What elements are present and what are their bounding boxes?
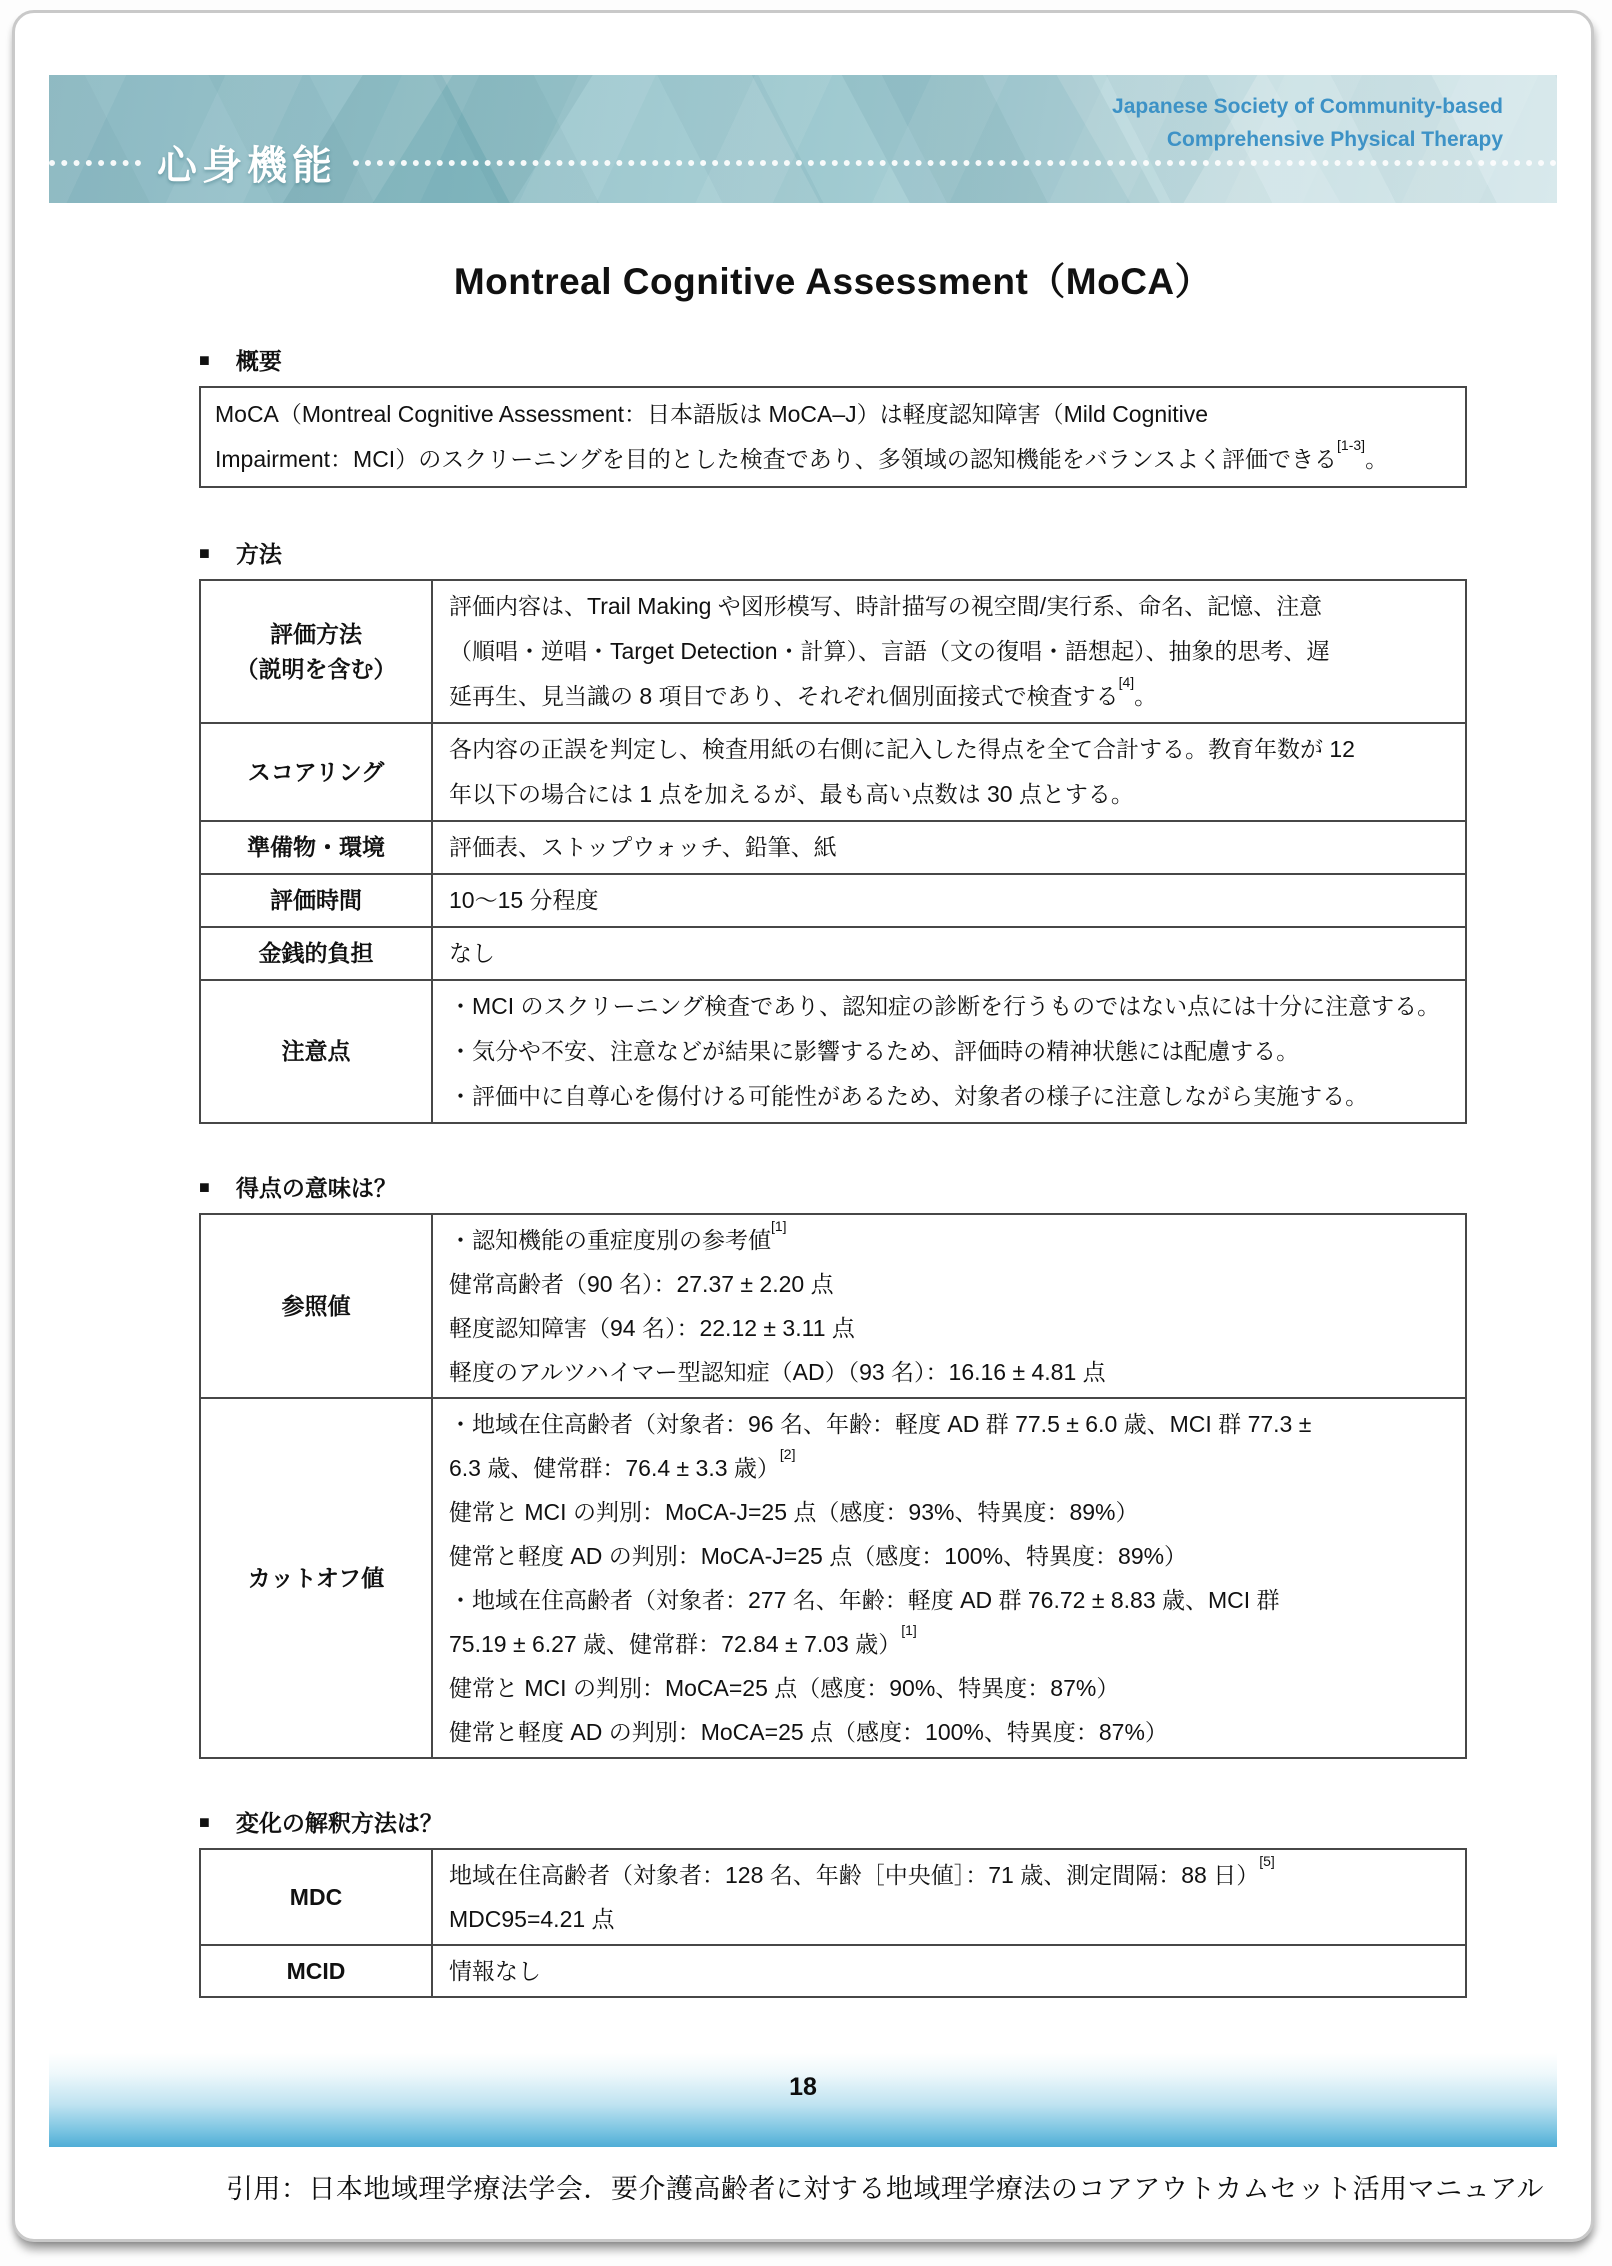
row-header-cell: 準備物・環境 bbox=[201, 822, 433, 873]
citation: 引用：日本地域理学療法学会．要介護高齢者に対する地域理学療法のコアアウトカムセッ… bbox=[215, 2167, 1555, 2206]
row-content-cell: 地域在住高齢者（対象者：128 名、年齢［中央値］：71 歳、測定間隔：88 日… bbox=[433, 1850, 1465, 1944]
score-table: 参照値 ・認知機能の重症度別の参考値[1]健常高齢者（90 名）：27.37 ±… bbox=[199, 1213, 1467, 1759]
row-header-cell: 参照値 bbox=[201, 1215, 433, 1397]
section-method: ■ 方法 評価方法 （説明を含む） 評価内容は、Trail Making や図形… bbox=[199, 536, 1467, 1124]
table-row: MCID 情報なし bbox=[201, 1944, 1465, 1996]
section-heading-label: 得点の意味は？ bbox=[236, 1170, 397, 1203]
row-content-cell: ・MCI のスクリーニング検査であり、認知症の診断を行うものではない点には十分に… bbox=[433, 981, 1465, 1122]
table-row: 金銭的負担 なし bbox=[201, 926, 1465, 979]
section-heading: ■ 方法 bbox=[199, 536, 1467, 569]
page-title: Montreal Cognitive Assessment（MoCA） bbox=[199, 251, 1467, 305]
row-content-cell: なし bbox=[433, 928, 1465, 979]
document-page: Japanese Society of Community-based Comp… bbox=[12, 10, 1594, 2242]
table-row: 注意点 ・MCI のスクリーニング検査であり、認知症の診断を行うものではない点に… bbox=[201, 979, 1465, 1122]
section-heading-label: 変化の解釈方法は？ bbox=[236, 1805, 443, 1838]
row-header-cell: カットオフ値 bbox=[201, 1399, 433, 1757]
method-table: 評価方法 （説明を含む） 評価内容は、Trail Making や図形模写、時計… bbox=[199, 579, 1467, 1124]
section-heading-label: 方法 bbox=[236, 536, 282, 569]
society-name-line1: Japanese Society of Community-based bbox=[1112, 91, 1503, 124]
row-header-cell: 評価方法 （説明を含む） bbox=[201, 581, 433, 722]
square-bullet-icon: ■ bbox=[199, 1178, 210, 1196]
row-content-cell: 評価内容は、Trail Making や図形模写、時計描写の視空間/実行系、命名… bbox=[433, 581, 1465, 722]
category-title-row: 心身機能 bbox=[49, 134, 1557, 191]
overview-text: MoCA（Montreal Cognitive Assessment：日本語版は… bbox=[215, 392, 1451, 482]
row-header-cell: MCID bbox=[201, 1946, 433, 1996]
table-row: 準備物・環境 評価表、ストップウォッチ、鉛筆、紙 bbox=[201, 820, 1465, 873]
section-heading: ■ 概要 bbox=[199, 343, 1467, 376]
row-content-cell: ・地域在住高齢者（対象者：96 名、年齢：軽度 AD 群 77.5 ± 6.0 … bbox=[433, 1399, 1465, 1757]
row-content-cell: 各内容の正誤を判定し、検査用紙の右側に記入した得点を全て合計する。教育年数が 1… bbox=[433, 724, 1465, 820]
row-header-cell: スコアリング bbox=[201, 724, 433, 820]
square-bullet-icon: ■ bbox=[199, 351, 210, 369]
page-header-band: Japanese Society of Community-based Comp… bbox=[49, 75, 1557, 203]
category-label: 心身機能 bbox=[157, 134, 337, 191]
section-score-meaning: ■ 得点の意味は？ 参照値 ・認知機能の重症度別の参考値[1]健常高齢者（90 … bbox=[199, 1170, 1467, 1759]
row-content-cell: ・認知機能の重症度別の参考値[1]健常高齢者（90 名）：27.37 ± 2.2… bbox=[433, 1215, 1465, 1397]
section-heading: ■ 得点の意味は？ bbox=[199, 1170, 1467, 1203]
section-change-interpretation: ■ 変化の解釈方法は？ MDC 地域在住高齢者（対象者：128 名、年齢［中央値… bbox=[199, 1805, 1467, 1998]
page-number: 18 bbox=[789, 2073, 817, 2147]
square-bullet-icon: ■ bbox=[199, 544, 210, 562]
row-header-cell: 金銭的負担 bbox=[201, 928, 433, 979]
row-header-cell: 注意点 bbox=[201, 981, 433, 1122]
square-bullet-icon: ■ bbox=[199, 1813, 210, 1831]
row-content-cell: 10～15 分程度 bbox=[433, 875, 1465, 926]
dotted-line-right bbox=[353, 160, 1557, 166]
table-row: MDC 地域在住高齢者（対象者：128 名、年齢［中央値］：71 歳、測定間隔：… bbox=[201, 1850, 1465, 1944]
section-heading: ■ 変化の解釈方法は？ bbox=[199, 1805, 1467, 1838]
table-row: カットオフ値 ・地域在住高齢者（対象者：96 名、年齢：軽度 AD 群 77.5… bbox=[201, 1397, 1465, 1757]
page-content: Montreal Cognitive Assessment（MoCA） ■ 概要… bbox=[199, 203, 1467, 1998]
table-row: スコアリング 各内容の正誤を判定し、検査用紙の右側に記入した得点を全て合計する。… bbox=[201, 722, 1465, 820]
section-overview: ■ 概要 MoCA（Montreal Cognitive Assessment：… bbox=[199, 343, 1467, 488]
section-heading-label: 概要 bbox=[236, 343, 282, 376]
change-table: MDC 地域在住高齢者（対象者：128 名、年齢［中央値］：71 歳、測定間隔：… bbox=[199, 1848, 1467, 1998]
table-row: 評価時間 10～15 分程度 bbox=[201, 873, 1465, 926]
overview-box: MoCA（Montreal Cognitive Assessment：日本語版は… bbox=[199, 386, 1467, 488]
row-header-cell: 評価時間 bbox=[201, 875, 433, 926]
footer-band: 18 bbox=[49, 2053, 1557, 2147]
dotted-line-left bbox=[49, 160, 141, 166]
row-content-cell: 評価表、ストップウォッチ、鉛筆、紙 bbox=[433, 822, 1465, 873]
table-row: 参照値 ・認知機能の重症度別の参考値[1]健常高齢者（90 名）：27.37 ±… bbox=[201, 1215, 1465, 1397]
row-header-cell: MDC bbox=[201, 1850, 433, 1944]
table-row: 評価方法 （説明を含む） 評価内容は、Trail Making や図形模写、時計… bbox=[201, 581, 1465, 722]
row-content-cell: 情報なし bbox=[433, 1946, 1465, 1996]
